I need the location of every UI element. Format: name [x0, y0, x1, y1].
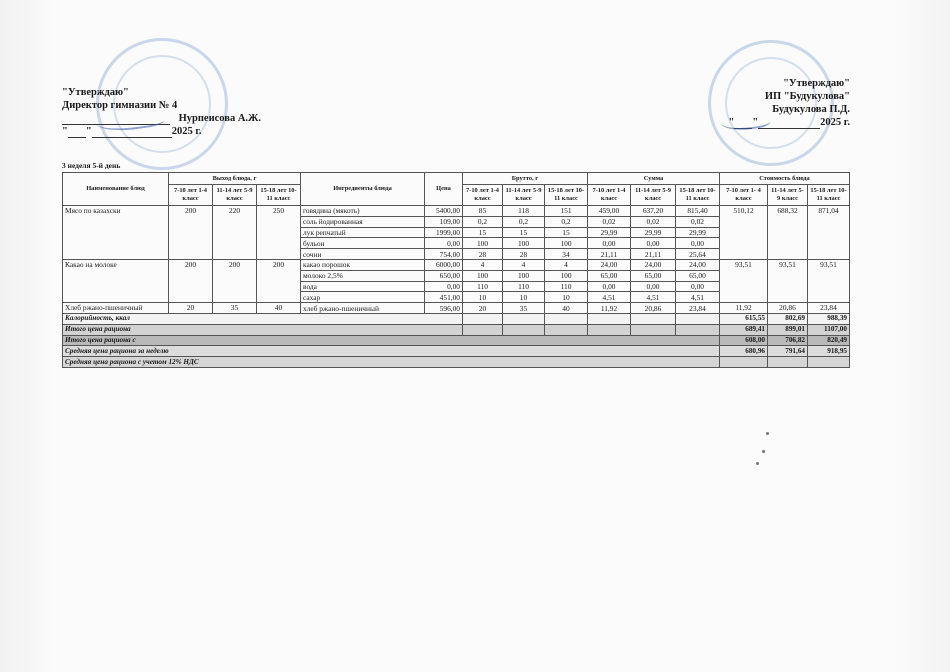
summary-empty	[676, 324, 720, 335]
ingredient-gross: 28	[463, 249, 503, 260]
ingredient-gross: 0,2	[503, 216, 545, 227]
ingredient-sum: 29,99	[676, 227, 720, 238]
summary-row: Итого цена рациона с608,00706,82820,49	[63, 335, 850, 346]
header-price: Цена	[425, 173, 463, 206]
table-row: Мясо по казахски200220250говядина (мякот…	[63, 206, 850, 217]
ingredient-price: 5400,00	[425, 206, 463, 217]
dish-cost: 871,04	[808, 206, 850, 260]
dish-yield: 20	[169, 303, 213, 314]
ingredient-price: 0,00	[425, 281, 463, 292]
ingredient-sum: 0,02	[631, 216, 676, 227]
header-sum: Сумма	[588, 173, 720, 185]
ingredient-price: 1999,00	[425, 227, 463, 238]
ingredient-gross: 100	[503, 238, 545, 249]
header-yield-age-3: 15-18 лет 10-11 класс	[257, 185, 301, 206]
ingredient-gross: 4	[503, 259, 545, 270]
summary-empty	[631, 313, 676, 324]
summary-value: 689,41	[720, 324, 768, 335]
summary-label: Калорийность, ккал	[63, 313, 463, 324]
approval-title: "Утверждаю"	[700, 77, 850, 90]
summary-value: 988,39	[808, 313, 850, 324]
approval-block-left: "Утверждаю" Директор гимназии № 4 Нурпеи…	[62, 86, 262, 138]
ingredient-name: молоко 2,5%	[301, 270, 425, 281]
dish-yield: 220	[213, 206, 257, 260]
ingredient-gross: 10	[463, 292, 503, 303]
ingredient-price: 0,00	[425, 238, 463, 249]
approver-name: Будукулова П.Д.	[700, 103, 850, 116]
dish-cost: 20,86	[768, 303, 808, 314]
approver-name: Нурпеисова А.Ж.	[179, 113, 261, 124]
ingredient-gross: 4	[545, 259, 588, 270]
dish-name: Мясо по казахски	[63, 206, 169, 260]
header-yield-age-2: 11-14 лет 5-9 класс	[213, 185, 257, 206]
ingredient-gross: 28	[503, 249, 545, 260]
summary-value: 918,95	[808, 346, 850, 357]
ingredient-name: вода	[301, 281, 425, 292]
ingredient-gross: 85	[463, 206, 503, 217]
ingredient-price: 754,00	[425, 249, 463, 260]
ingredient-sum: 4,51	[588, 292, 631, 303]
ingredient-sum: 0,00	[676, 281, 720, 292]
ingredient-sum: 815,40	[676, 206, 720, 217]
ingredient-gross: 100	[463, 270, 503, 281]
ingredient-gross: 34	[545, 249, 588, 260]
summary-value: 680,96	[720, 346, 768, 357]
ingredient-sum: 65,00	[588, 270, 631, 281]
summary-empty	[545, 313, 588, 324]
ingredient-sum: 24,00	[631, 259, 676, 270]
ingredient-sum: 21,11	[631, 249, 676, 260]
summary-empty	[463, 324, 503, 335]
summary-value: 706,82	[768, 335, 808, 346]
summary-label: Средняя цена рациона за неделю	[63, 346, 720, 357]
table-row: Хлеб ржано-пшеничный203540хлеб ржано-пше…	[63, 303, 850, 314]
ingredient-gross: 35	[503, 303, 545, 314]
ingredient-gross: 15	[545, 227, 588, 238]
ingredient-sum: 65,00	[676, 270, 720, 281]
ingredient-sum: 65,00	[631, 270, 676, 281]
header-yield-age-1: 7-10 лет 1-4 класс	[169, 185, 213, 206]
ingredient-gross: 110	[463, 281, 503, 292]
dish-yield: 200	[213, 259, 257, 302]
ingredient-gross: 4	[463, 259, 503, 270]
table-row: Какао на молоке200200200какао порошок600…	[63, 259, 850, 270]
ingredient-name: лук репчатый	[301, 227, 425, 238]
scan-specks	[760, 432, 780, 472]
dish-yield: 250	[257, 206, 301, 260]
ingredient-price: 109,00	[425, 216, 463, 227]
ingredient-sum: 11,92	[588, 303, 631, 314]
summary-row: Калорийность, ккал615,55802,69988,39	[63, 313, 850, 324]
ingredient-sum: 0,02	[588, 216, 631, 227]
ingredient-gross: 20	[463, 303, 503, 314]
summary-row: Средняя цена рациона с учетом 12% НДС	[63, 357, 850, 368]
ingredient-name: какао порошок	[301, 259, 425, 270]
summary-value: 1107,00	[808, 324, 850, 335]
approval-position: Директор гимназии № 4	[62, 99, 262, 112]
summary-empty	[676, 313, 720, 324]
ingredient-gross: 118	[503, 206, 545, 217]
ingredient-name: бульон	[301, 238, 425, 249]
ingredient-gross: 10	[545, 292, 588, 303]
dish-cost: 23,84	[808, 303, 850, 314]
ingredient-gross: 40	[545, 303, 588, 314]
ingredient-sum: 29,99	[588, 227, 631, 238]
header-dish-name: Наименование блюд	[63, 173, 169, 206]
ingredient-sum: 25,64	[676, 249, 720, 260]
summary-value: 802,69	[768, 313, 808, 324]
ingredient-sum: 0,02	[676, 216, 720, 227]
summary-empty	[545, 324, 588, 335]
header-ingredients: Ингредиенты блюда	[301, 173, 425, 206]
header-sum-age-3: 15-18 лет 10-11 класс	[676, 185, 720, 206]
header-cost: Стоимость блюда	[720, 173, 850, 185]
dish-yield: 200	[169, 206, 213, 260]
dish-yield: 200	[169, 259, 213, 302]
ingredient-sum: 4,51	[676, 292, 720, 303]
ingredient-gross: 15	[463, 227, 503, 238]
dish-cost: 510,12	[720, 206, 768, 260]
approval-position: ИП "Будукулова"	[700, 90, 850, 103]
ingredient-sum: 4,51	[631, 292, 676, 303]
summary-empty	[588, 324, 631, 335]
summary-value	[720, 357, 768, 368]
ingredient-sum: 0,00	[588, 281, 631, 292]
ingredient-price: 451,00	[425, 292, 463, 303]
summary-value: 899,01	[768, 324, 808, 335]
ingredient-sum: 23,84	[676, 303, 720, 314]
summary-empty	[503, 313, 545, 324]
summary-empty	[503, 324, 545, 335]
dish-name: Какао на молоке	[63, 259, 169, 302]
ingredient-sum: 0,00	[631, 238, 676, 249]
ingredient-price: 6000,00	[425, 259, 463, 270]
ingredient-sum: 0,00	[676, 238, 720, 249]
dish-name: Хлеб ржано-пшеничный	[63, 303, 169, 314]
ingredient-sum: 21,11	[588, 249, 631, 260]
ingredient-name: говядина (мякоть)	[301, 206, 425, 217]
ingredient-name: сахар	[301, 292, 425, 303]
header-sum-age-1: 7-10 лет 1-4 класс	[588, 185, 631, 206]
header-sum-age-2: 11-14 лет 5-9 класс	[631, 185, 676, 206]
date-day-line	[68, 127, 86, 138]
summary-value	[808, 357, 850, 368]
ingredient-sum: 29,99	[631, 227, 676, 238]
ingredient-gross: 151	[545, 206, 588, 217]
ingredient-gross: 0,2	[545, 216, 588, 227]
summary-empty	[463, 313, 503, 324]
summary-value: 615,55	[720, 313, 768, 324]
dish-cost: 93,51	[808, 259, 850, 302]
ingredient-gross: 15	[503, 227, 545, 238]
ingredient-gross: 100	[503, 270, 545, 281]
summary-value	[768, 357, 808, 368]
header-gross-age-1: 7-10 лет 1-4 класс	[463, 185, 503, 206]
ingredient-gross: 110	[503, 281, 545, 292]
header-yield: Выход блюда, г	[169, 173, 301, 185]
ingredient-sum: 0,00	[588, 238, 631, 249]
summary-row: Средняя цена рациона за неделю680,96791,…	[63, 346, 850, 357]
header-gross: Брутто, г	[463, 173, 588, 185]
summary-label: Средняя цена рациона с учетом 12% НДС	[63, 357, 720, 368]
summary-label: Итого цена рациона с	[63, 335, 720, 346]
header-cost-age-2: 11-14 лет 5-9 класс	[768, 185, 808, 206]
summary-value: 820,49	[808, 335, 850, 346]
ingredient-name: хлеб ржано-пшеничный	[301, 303, 425, 314]
approval-title: "Утверждаю"	[62, 86, 262, 99]
summary-value: 791,64	[768, 346, 808, 357]
ingredient-name: соль йодированная	[301, 216, 425, 227]
approval-year: 2025 г.	[820, 117, 850, 128]
ingredient-gross: 10	[503, 292, 545, 303]
header-cost-age-1: 7-10 лет 1- 4 класс	[720, 185, 768, 206]
ingredient-sum: 0,00	[631, 281, 676, 292]
dish-yield: 40	[257, 303, 301, 314]
summary-empty	[631, 324, 676, 335]
dish-cost: 688,32	[768, 206, 808, 260]
ingredient-sum: 637,20	[631, 206, 676, 217]
ingredient-sum: 24,00	[588, 259, 631, 270]
header-gross-age-3: 15-18 лет 10-11 класс	[545, 185, 588, 206]
dish-cost: 11,92	[720, 303, 768, 314]
dish-cost: 93,51	[720, 259, 768, 302]
ingredient-name: сочни	[301, 249, 425, 260]
ingredient-gross: 100	[545, 238, 588, 249]
summary-empty	[588, 313, 631, 324]
summary-label: Итого цена рациона	[63, 324, 463, 335]
ingredient-price: 650,00	[425, 270, 463, 281]
ingredient-gross: 110	[545, 281, 588, 292]
ingredient-price: 596,00	[425, 303, 463, 314]
ingredient-sum: 459,00	[588, 206, 631, 217]
day-label: 3 неделя 5-й день	[62, 161, 120, 170]
ingredient-gross: 100	[545, 270, 588, 281]
menu-table: Наименование блюд Выход блюда, г Ингреди…	[62, 172, 850, 368]
ingredient-gross: 100	[463, 238, 503, 249]
summary-row: Итого цена рациона689,41899,011107,00	[63, 324, 850, 335]
summary-value: 608,00	[720, 335, 768, 346]
ingredient-sum: 24,00	[676, 259, 720, 270]
approval-year: 2025 г.	[172, 126, 202, 137]
header-cost-age-3: 15-18 лет 10-11 класс	[808, 185, 850, 206]
ingredient-gross: 0,2	[463, 216, 503, 227]
dish-yield: 200	[257, 259, 301, 302]
dish-cost: 93,51	[768, 259, 808, 302]
dish-yield: 35	[213, 303, 257, 314]
header-gross-age-2: 11-14 лет 5-9 класс	[503, 185, 545, 206]
ingredient-sum: 20,86	[631, 303, 676, 314]
